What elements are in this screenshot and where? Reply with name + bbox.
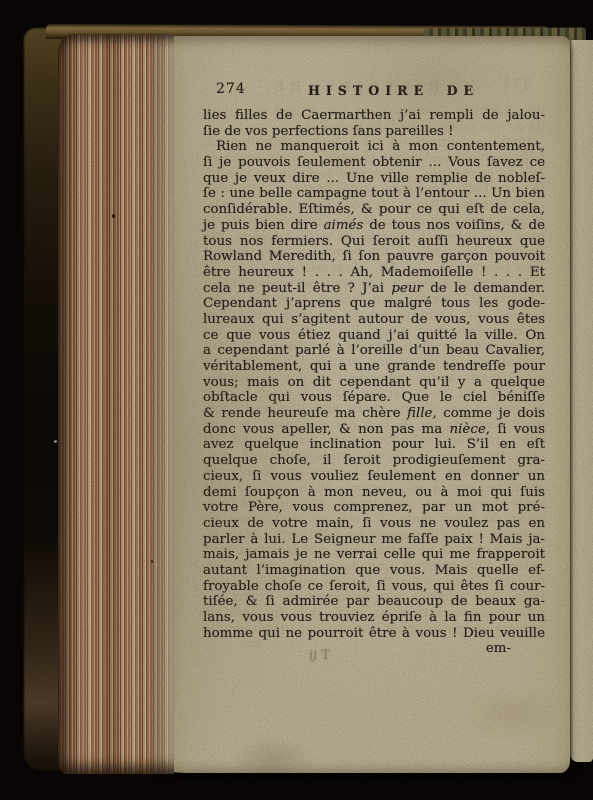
text-line: autant l’imagination que vous. Mais quel… bbox=[203, 563, 545, 579]
text-line: froyable choſe ce ſeroit, ſi vous, qui ê… bbox=[203, 579, 545, 595]
text-line: homme qui ne pourroit être à vous ! Dieu… bbox=[203, 626, 545, 642]
text-line: que je veux dire ... Une ville remplie d… bbox=[203, 171, 545, 187]
text-line: être heureux ! . . . Ah, Mademoiſelle ! … bbox=[203, 265, 545, 281]
text-line: & rende heureuſe ma chère fille, comme j… bbox=[203, 406, 545, 422]
text-line: quelque choſe, il ſeroit prodigieuſement… bbox=[203, 453, 545, 469]
text-line: Rowland Meredith, ſi ſon pauvre garçon p… bbox=[203, 249, 545, 265]
page-number: 274 bbox=[216, 82, 246, 98]
text-line: lureaux qui s’agitent autour de vous, vo… bbox=[203, 312, 545, 328]
running-title: HISTOIRE DE bbox=[308, 83, 479, 99]
text-lines: lies filles de Caermarthen j’ai rempli d… bbox=[203, 108, 545, 641]
page-edges-fore-edge bbox=[58, 34, 174, 774]
text-line: cieux de votre main, ſi vous ne voulez p… bbox=[203, 516, 545, 532]
text-line: cieux, ſi vous vouliez ſeulement en donn… bbox=[203, 469, 545, 485]
book-photo: 274 HISTOIRE DE lies filles de Caermarth… bbox=[0, 0, 593, 800]
text-line: conſidérable. Eſtimés, & pour ce qui eſt… bbox=[203, 202, 545, 218]
ink-speck bbox=[112, 214, 115, 218]
text-line: a cependant parlé à l’oreille d’un beau … bbox=[203, 343, 545, 359]
text-line: Cependant j’aprens que malgré tous les g… bbox=[203, 296, 545, 312]
ink-speck bbox=[151, 560, 153, 563]
paper-speck bbox=[54, 440, 57, 443]
text-line: parler à lui. Le Seigneur me faſſe paix … bbox=[203, 532, 545, 548]
text-line: votre Père, vous comprenez, par un mot p… bbox=[203, 500, 545, 516]
text-line: cela ne peut-il être ? J’ai peur de le d… bbox=[203, 281, 545, 297]
text-line: tous nos fermiers. Qui ſeroit auſſi heur… bbox=[203, 234, 545, 250]
text-line: obſtacle qui vous ſépare. Que le ciel bé… bbox=[203, 390, 545, 406]
text-line: tiſée, & ſi admirée par beaucoup de beau… bbox=[203, 594, 545, 610]
catchword: em- bbox=[486, 641, 511, 656]
facing-page-sliver bbox=[570, 40, 593, 762]
text-line: ſi je pouvois ſeulement obtenir ... Vous… bbox=[203, 155, 545, 171]
text-line: demi ſoupçon à mon neveu, ou à moi qui ſ… bbox=[203, 485, 545, 501]
text-line: lans, vous vous trouviez épriſe à la fin… bbox=[203, 610, 545, 626]
text-line: je puis bien dire aimés de tous nos voiſ… bbox=[203, 218, 545, 234]
text-line: mais, jamais je ne verrai celle qui me f… bbox=[203, 547, 545, 563]
text-line: lies filles de Caermarthen j’ai rempli d… bbox=[203, 108, 545, 124]
text-line: ſe : une belle campagne tout à l’entour … bbox=[203, 186, 545, 202]
text-column: 274 HISTOIRE DE lies filles de Caermarth… bbox=[203, 82, 545, 657]
text-line: Rien ne manqueroit ici à mon contentemen… bbox=[203, 139, 545, 155]
page-header: 274 HISTOIRE DE bbox=[203, 82, 545, 106]
book-page: 274 HISTOIRE DE lies filles de Caermarth… bbox=[146, 36, 570, 773]
text-line: ce que vous étiez quand j’ai quitté la v… bbox=[203, 328, 545, 344]
text-line: véritablement, qui a une grande tendreſſ… bbox=[203, 359, 545, 375]
signature-showthrough: T ij bbox=[309, 648, 330, 664]
text-line: vous; mais on dit cependant qu’il y a qu… bbox=[203, 375, 545, 391]
text-line: avez quelque inclination pour lui. S’il … bbox=[203, 437, 545, 453]
text-line: donc vous apeller, & non pas ma nièce, ſ… bbox=[203, 422, 545, 438]
